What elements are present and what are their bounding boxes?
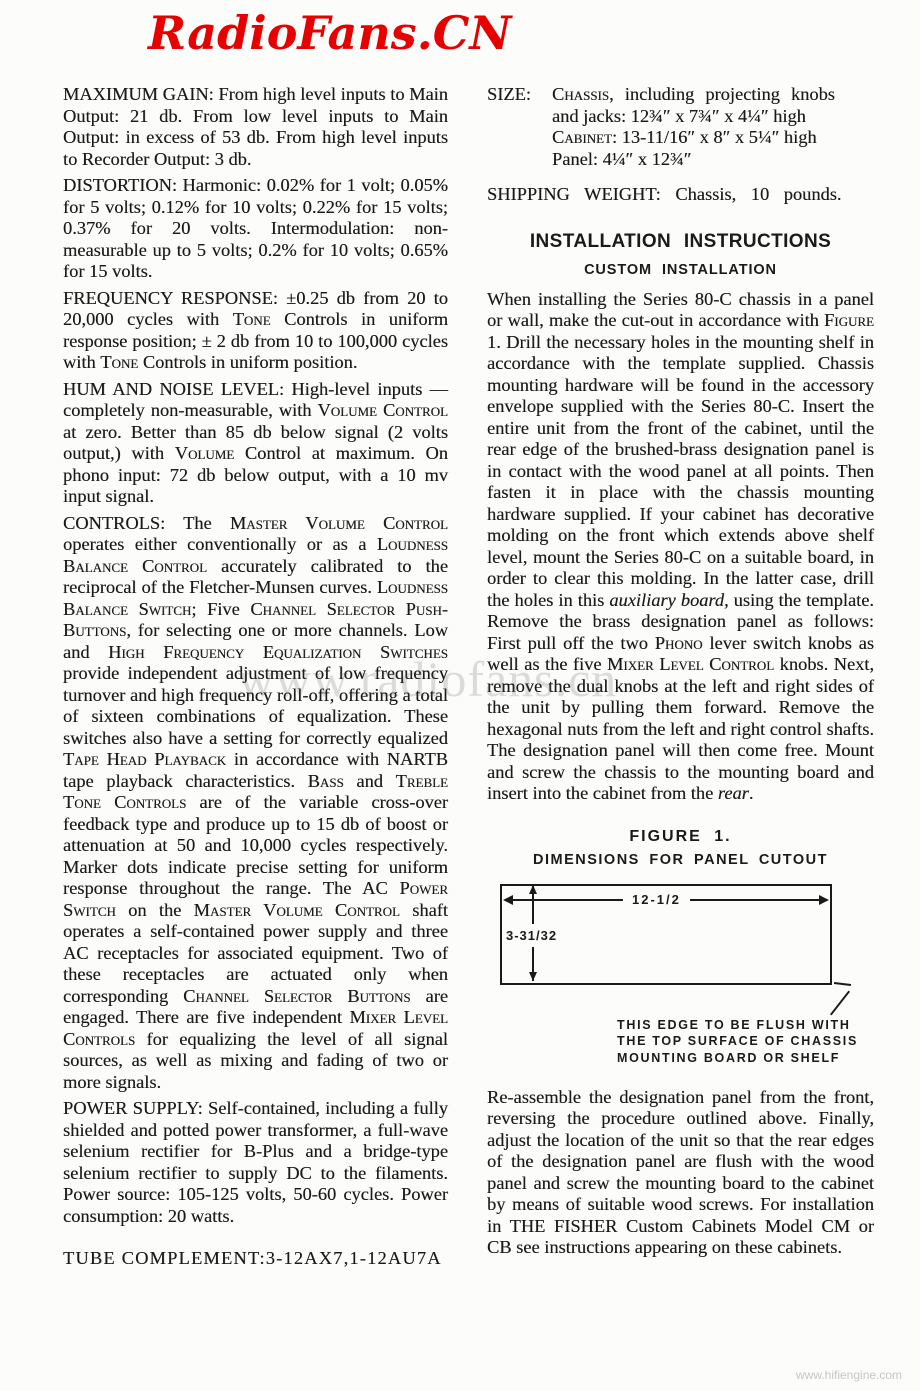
text-segment: 1. Drill the necessary holes in the moun… <box>487 332 874 610</box>
size-line: Cabinet: 13-11/16″ x 8″ x 5¼″ high <box>552 127 874 149</box>
figure-caption-title: DIMENSIONS FOR PANEL CUTOUT <box>487 850 874 872</box>
paragraph-tube-complement: TUBE COMPLEMENT:3-12AX7,1-12AU7A <box>63 1248 448 1270</box>
arrowhead-left-icon <box>503 895 513 905</box>
brand-watermark: RadioFans.CN <box>148 8 511 59</box>
size-line: Chassis, including projecting knobs <box>552 84 874 106</box>
text-segment: and jacks: 12¾″ x 7¾″ x 4¼″ high <box>552 106 806 126</box>
paragraph-installation: When installing the Series 80-C chassis … <box>487 289 874 805</box>
flush-edge-mark <box>834 981 851 985</box>
text-segment: When installing the Series 80-C chassis … <box>487 289 874 331</box>
text-segment: DISTORTION: Harmonic: 0.02% for 1 volt; … <box>63 175 448 281</box>
text-segment: CONTROLS: The <box>63 513 230 533</box>
paragraph-frequency-response: FREQUENCY RESPONSE: ±0.25 db from 20 to … <box>63 288 448 374</box>
spec-size-block: SIZE: Chassis, including projecting knob… <box>487 84 874 170</box>
paragraph-power-supply: POWER SUPPLY: Self-contained, including … <box>63 1098 448 1227</box>
section-subheading-custom-installation: CUSTOM INSTALLATION <box>487 260 874 282</box>
paragraph-controls: CONTROLS: The Master Volume Control oper… <box>63 513 448 1094</box>
text-segment: POWER SUPPLY: Self-contained, including … <box>63 1098 448 1226</box>
installation-column: SIZE: Chassis, including projecting knob… <box>487 84 874 1264</box>
paragraph-distortion: DISTORTION: Harmonic: 0.02% for 1 volt; … <box>63 175 448 283</box>
paragraph-maximum-gain: MAXIMUM GAIN: From high level inputs to … <box>63 84 448 170</box>
arrowhead-up-icon <box>529 885 537 894</box>
panel-cutout-diagram: 12-1/2 3-31/32 THIS EDGE TO BE FLUSH WIT… <box>487 880 874 1076</box>
text-segment: knobs. Next, remove the dual knobs at th… <box>487 654 874 803</box>
text-segment: Panel: 4¼″ x 12¾″ <box>552 149 691 169</box>
flush-edge-note: THIS EDGE TO BE FLUSH WITH THE TOP SURFA… <box>617 1017 858 1067</box>
text-segment: provide independent adjustment of low fr… <box>63 663 448 748</box>
text-segment: Master Volume Control <box>194 900 400 920</box>
text-segment: rear <box>718 783 749 803</box>
height-dimension-label: 3-31/32 <box>502 924 561 948</box>
text-segment: Phono <box>655 633 703 653</box>
section-heading-installation: INSTALLATION INSTRUCTIONS <box>487 231 874 253</box>
arrowhead-right-icon <box>819 895 829 905</box>
paragraph-shipping-weight: SHIPPING WEIGHT: Chassis, 10 pounds. <box>487 184 874 206</box>
note-line: MOUNTING BOARD OR SHELF <box>617 1050 858 1067</box>
text-segment: Tone <box>233 309 271 329</box>
text-segment: Channel Selector Buttons <box>183 986 410 1006</box>
size-line: Panel: 4¼″ x 12¾″ <box>552 149 874 171</box>
paragraph-reassembly: Re-assemble the designation panel from t… <box>487 1087 874 1259</box>
text-segment: Volume Control <box>317 400 448 420</box>
bottom-watermark: www.hifiengine.com <box>796 1368 902 1382</box>
arrowhead-down-icon <box>529 972 537 981</box>
text-segment: Bass <box>308 771 344 791</box>
text-segment: operates either conventionally or as a <box>63 534 377 554</box>
text-segment: auxiliary board, <box>609 590 728 610</box>
width-dimension-label: 12-1/2 <box>623 890 690 909</box>
text-segment: Figure <box>824 310 874 330</box>
size-line: and jacks: 12¾″ x 7¾″ x 4¼″ high <box>552 106 874 128</box>
text-segment: : 13-11/16″ x 8″ x 5¼″ high <box>612 127 817 147</box>
text-segment: Controls in uniform position. <box>138 352 357 372</box>
specifications-column: MAXIMUM GAIN: From high level inputs to … <box>63 84 448 1275</box>
text-segment: High Frequency Equalization Switches <box>108 642 448 662</box>
leader-arrow-line <box>830 990 850 1015</box>
figure-caption-number: FIGURE 1. <box>487 826 874 848</box>
text-segment: Tone <box>100 352 138 372</box>
text-segment: TUBE COMPLEMENT:3-12AX7,1-12AU7A <box>63 1248 442 1268</box>
note-line: THIS EDGE TO BE FLUSH WITH <box>617 1017 858 1034</box>
text-segment: Re-assemble the designation panel from t… <box>487 1087 874 1258</box>
text-segment: Tape Head Playback <box>63 749 226 769</box>
text-segment: on the <box>116 900 194 920</box>
note-line: THE TOP SURFACE OF CHASSIS <box>617 1033 858 1050</box>
paragraph-hum-and-noise: HUM AND NOISE LEVEL: High-level inputs —… <box>63 379 448 508</box>
text-segment: ; Five <box>191 599 250 619</box>
text-segment: Mixer Level Control <box>607 654 774 674</box>
text-segment: , including projecting knobs <box>609 84 835 104</box>
text-segment: Master Volume Control <box>230 513 448 533</box>
text-segment: Cabinet <box>552 127 612 147</box>
text-segment: SHIPPING WEIGHT: Chassis, 10 pounds. <box>487 184 841 204</box>
size-label: SIZE: <box>487 84 531 106</box>
text-segment: Chassis <box>552 84 609 104</box>
text-segment: MAXIMUM GAIN: From high level inputs to … <box>63 84 448 169</box>
text-segment: . <box>749 783 754 803</box>
text-segment: Volume <box>175 443 235 463</box>
manual-page: RadioFans.CN MAXIMUM GAIN: From high lev… <box>0 0 920 1391</box>
text-segment: and <box>344 771 396 791</box>
